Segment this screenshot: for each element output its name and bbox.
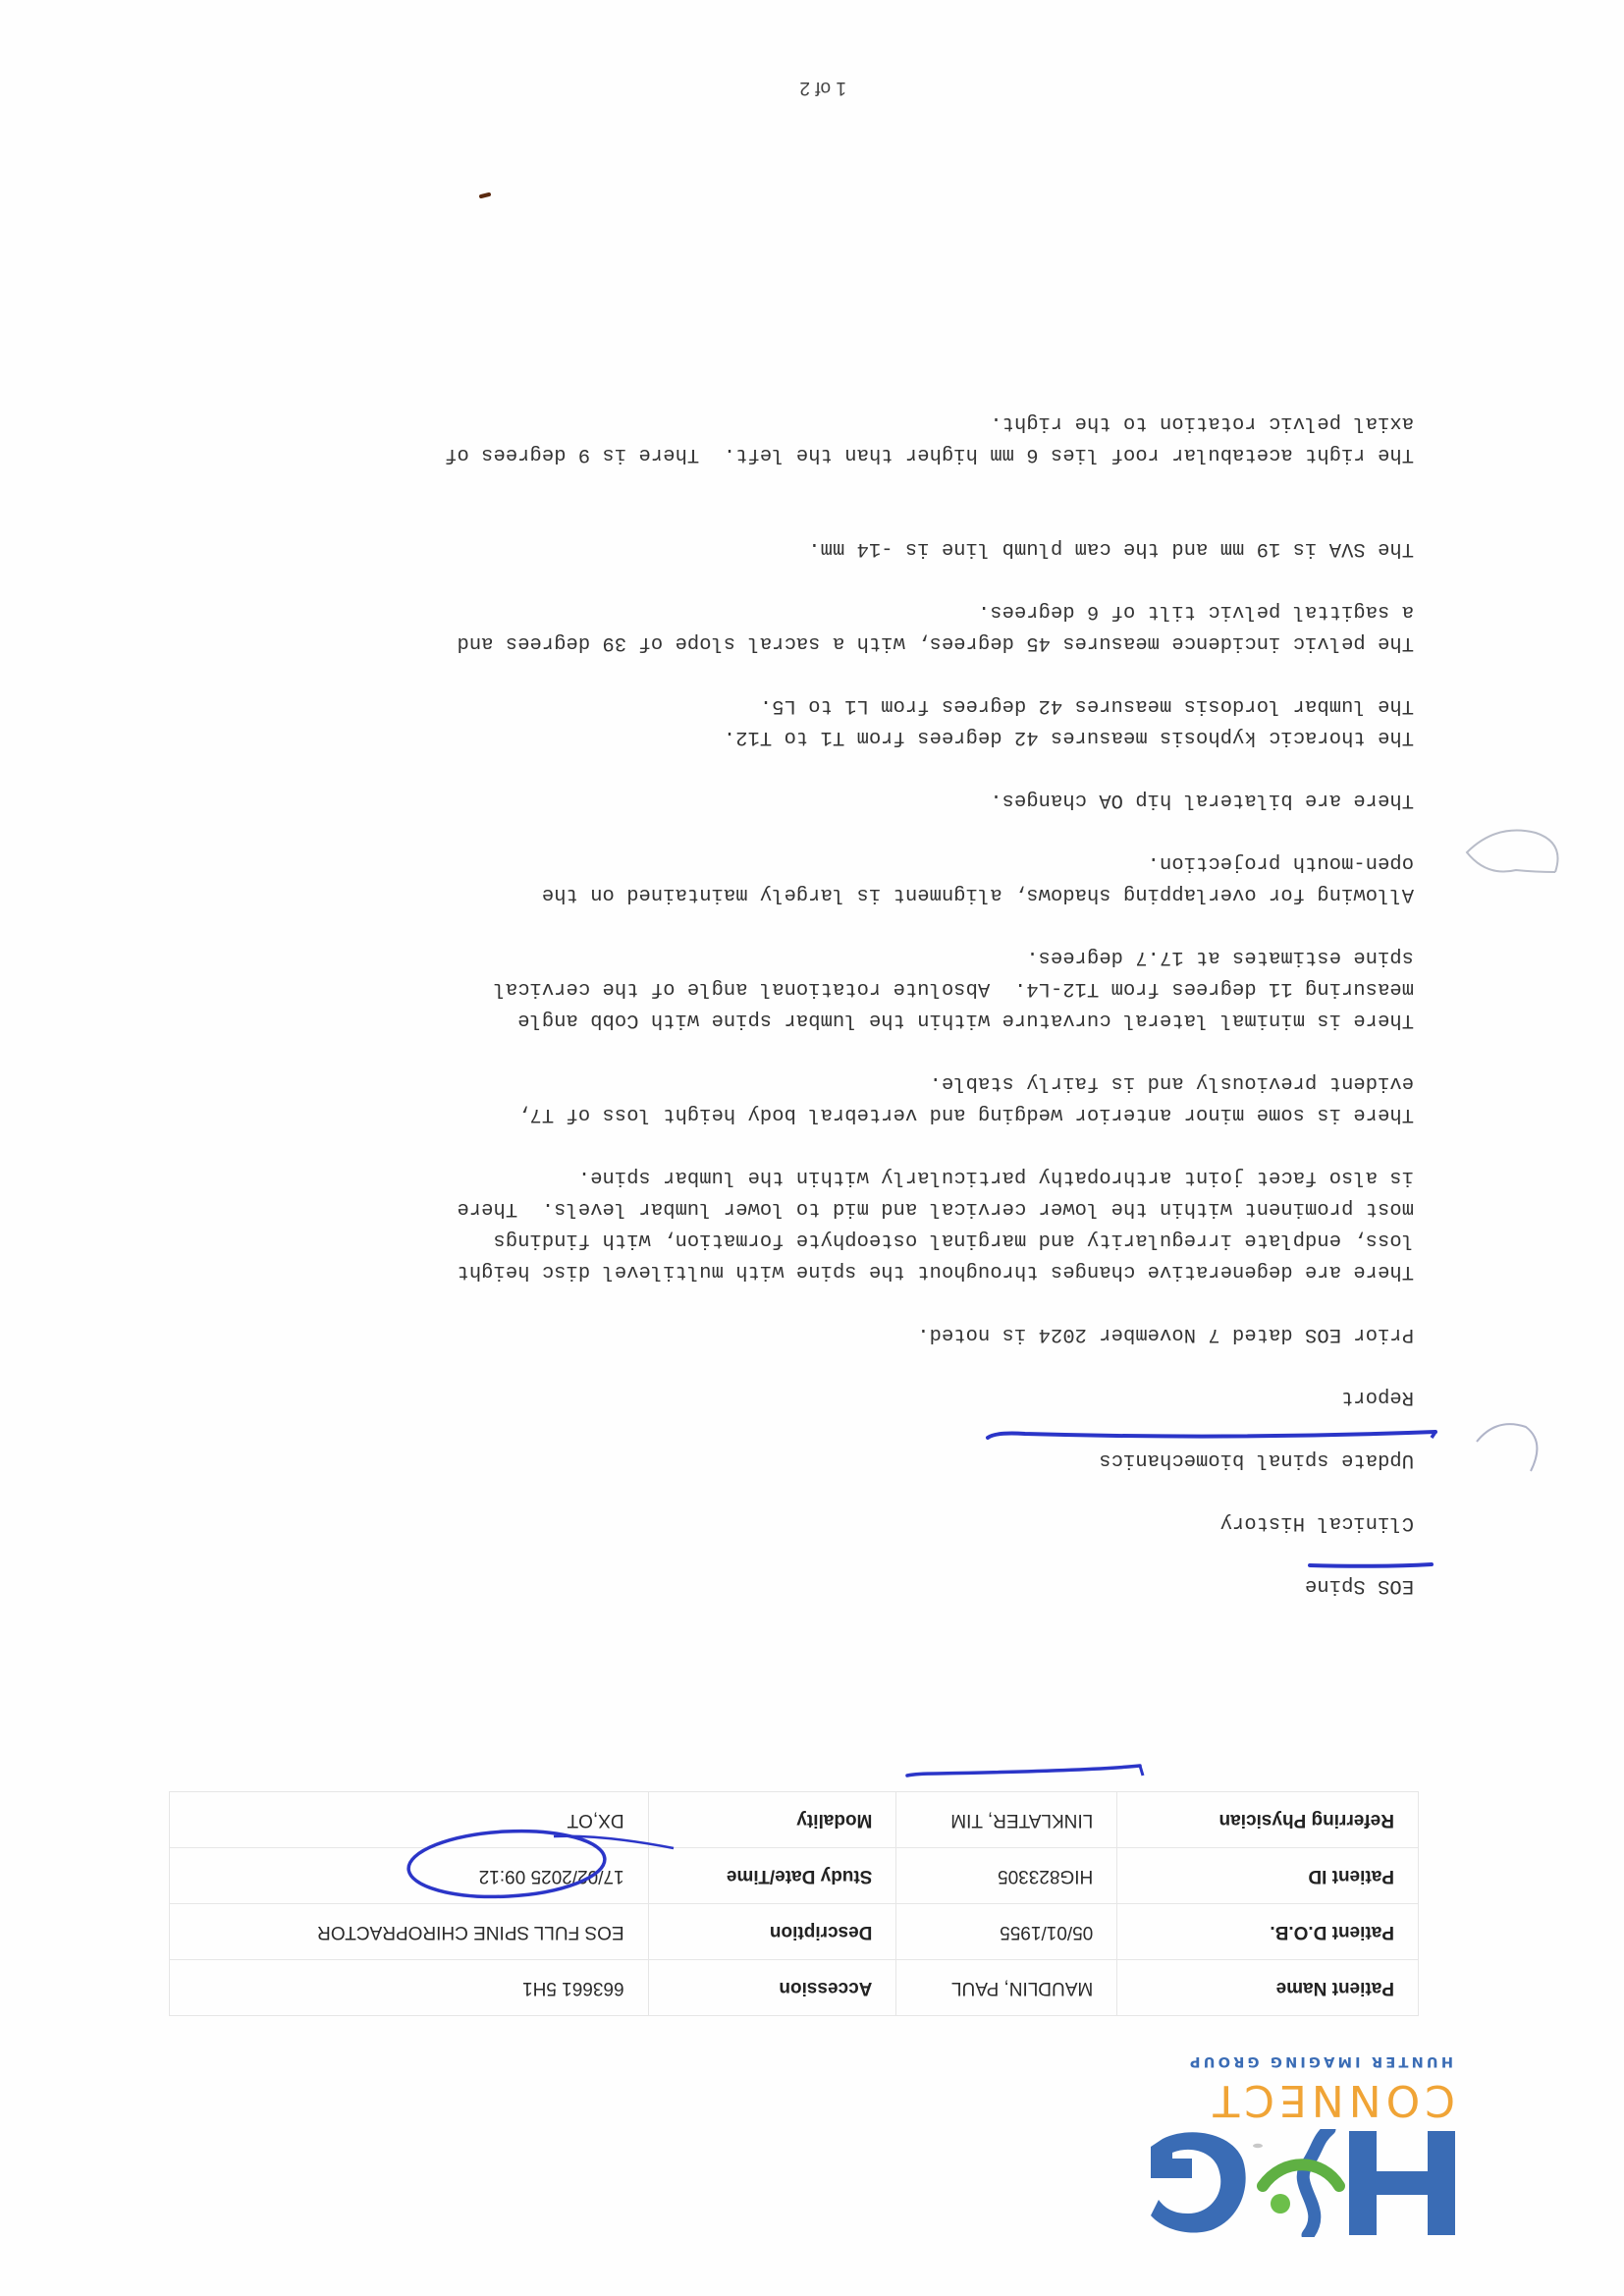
patient-dob-value: 05/01/1955	[896, 1904, 1117, 1960]
accession-value: 663661 5H1	[170, 1960, 649, 2016]
patient-study-table: Patient Name MAUDLIN, PAUL Accession 663…	[169, 1791, 1419, 2016]
report-paragraph: There are bilateral hip OA changes.	[990, 784, 1414, 815]
description-label: Description	[648, 1904, 896, 1960]
clinical-history-text: Update spinal biomechanics	[1099, 1444, 1414, 1475]
report-paragraph: The pelvic incidence measures 45 degrees…	[457, 595, 1414, 658]
page-indicator: 1 of 2	[799, 77, 846, 98]
hig-logo-mark-icon	[1131, 2129, 1455, 2237]
patient-name-value: MAUDLIN, PAUL	[896, 1960, 1117, 2016]
table-row: Patient D.O.B. 05/01/1955 Description EO…	[170, 1904, 1419, 1960]
report-paragraph: Prior EOS dated 7 November 2024 is noted…	[917, 1318, 1414, 1349]
report-paragraph: The SVA is 19 mm and the cam plumb line …	[808, 532, 1414, 564]
underline-mark-icon	[907, 1766, 1140, 1776]
modality-label: Modality	[648, 1792, 896, 1848]
patient-id-value: HIG823305	[896, 1848, 1117, 1904]
logo-wordmark: CONNECT	[1208, 2078, 1455, 2121]
underline-mark-icon	[1310, 1564, 1432, 1566]
report-paragraph: Allowing for overlapping shadows, alignm…	[542, 847, 1414, 909]
report-paragraph: There is minimal lateral curvature withi…	[493, 941, 1414, 1035]
modality-value: DX,OT	[170, 1792, 649, 1848]
report-heading: Report	[1341, 1381, 1414, 1412]
patient-id-label: Patient ID	[1117, 1848, 1419, 1904]
clinical-history-heading: Clinical History	[1220, 1506, 1414, 1538]
report-paragraph: There is some minor anterior wedging and…	[517, 1066, 1414, 1129]
exam-title: EOS Spine	[1305, 1569, 1414, 1601]
study-datetime-value: 17/02/2025 09:12	[170, 1848, 649, 1904]
report-paragraph: The thoracic kyphosis measures 42 degree…	[724, 689, 1414, 752]
patient-name-label: Patient Name	[1117, 1960, 1419, 2016]
report-paragraph: There are degenerative changes throughou…	[457, 1161, 1414, 1286]
report-paragraph: The right acetabular roof lies 6 mm high…	[445, 407, 1414, 469]
underline-mark-icon	[988, 1432, 1435, 1438]
pencil-loop-mark-icon	[1467, 831, 1558, 873]
referring-physician-label: Referring Physician	[1117, 1792, 1419, 1848]
table-row: Referring Physician LINKLATER, TIM Modal…	[170, 1792, 1419, 1848]
referring-physician-value: LINKLATER, TIM	[896, 1792, 1117, 1848]
speck-mark-icon	[1253, 2143, 1263, 2149]
study-datetime-label: Study Date/Time	[648, 1848, 896, 1904]
hig-connect-logo: CONNECT HUNTER IMAGING GROUP	[1131, 2041, 1455, 2237]
scanned-report-page: CONNECT HUNTER IMAGING GROUP Patient Nam…	[0, 0, 1624, 2296]
pencil-loop-mark-icon	[1477, 1424, 1537, 1471]
accession-label: Accession	[648, 1960, 896, 2016]
speck-mark-icon	[481, 194, 489, 196]
table-row: Patient Name MAUDLIN, PAUL Accession 663…	[170, 1960, 1419, 2016]
table-row: Patient ID HIG823305 Study Date/Time 17/…	[170, 1848, 1419, 1904]
logo-tagline: HUNTER IMAGING GROUP	[1187, 2054, 1453, 2069]
patient-dob-label: Patient D.O.B.	[1117, 1904, 1419, 1960]
description-value: EOS FULL SPINE CHIROPRACTOR	[170, 1904, 649, 1960]
